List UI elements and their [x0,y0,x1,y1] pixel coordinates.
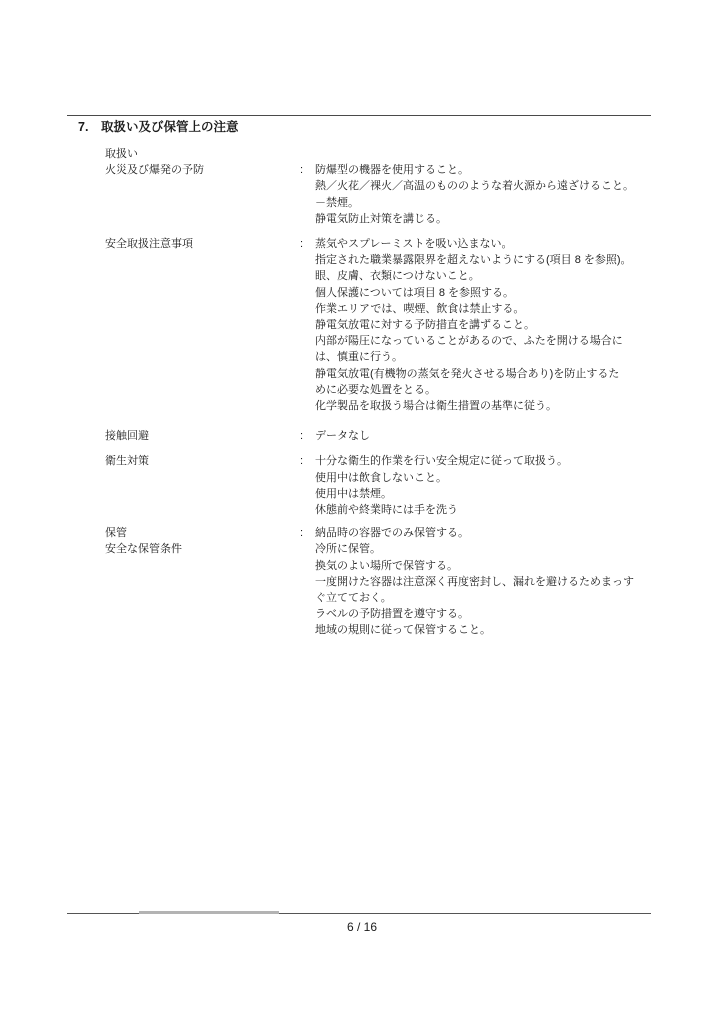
field-block: 取扱い火災及び爆発の予防:防爆型の機器を使用すること。熱／火花／裸火／高温のもの… [105,146,645,227]
row-colon [300,333,315,349]
row-value: 納品時の容器でのみ保管する。 [315,525,645,541]
row-label: 接触回避 [105,428,300,444]
row-value: めに必要な処置をとる。 [315,382,645,398]
field-row: 個人保護については項目 8 を参照する。 [105,285,645,301]
row-value: 換気のよい場所で保管する。 [315,558,645,574]
field-row: 地域の規則に従って保管すること。 [105,622,645,638]
row-colon [300,301,315,317]
row-colon [300,606,315,622]
row-value: 静電気放電に対する予防措直を講ずること。 [315,317,645,333]
row-value: 指定された職業暴露限界を超えないようにする(項目 8 を参照)。 [315,252,645,268]
row-label [105,317,300,333]
row-value: 使用中は飲食しないこと。 [315,470,645,486]
row-colon [300,574,315,590]
row-colon [300,317,315,333]
field-row: 内部が陽圧になっていることがあるので、ふたを開ける場合に [105,333,645,349]
field-row: 保管:納品時の容器でのみ保管する。 [105,525,645,541]
row-colon [300,622,315,638]
row-label [105,486,300,502]
row-label [105,366,300,382]
row-colon [300,470,315,486]
row-value: 熱／火花／裸火／高温のもののような着火源から遠ざけること。 [315,178,645,194]
row-label [105,622,300,638]
row-colon [300,211,315,227]
row-value: 蒸気やスプレーミストを吸い込まない。 [315,236,645,252]
row-value: 静電気放電(有機物の蒸気を発火させる場合あり)を防止するた [315,366,645,382]
row-colon [300,366,315,382]
field-row: 休態前や終業時には手を洗う [105,502,645,518]
row-label [105,398,300,414]
row-label [105,301,300,317]
row-colon [300,486,315,502]
field-row: 安全取扱注意事項:蒸気やスプレーミストを吸い込まない。 [105,236,645,252]
row-value: ぐ立てておく。 [315,590,645,606]
row-label [105,211,300,227]
row-label [105,349,300,365]
row-label [105,195,300,211]
section-title: 取扱い及び保管上の注意 [101,120,239,134]
section-number: 7. [78,119,101,135]
row-value: 冷所に保管。 [315,541,645,557]
row-label [105,252,300,268]
field-row: 換気のよい場所で保管する。 [105,558,645,574]
row-value: 防爆型の機器を使用すること。 [315,162,645,178]
row-colon [300,195,315,211]
row-colon [300,146,315,162]
row-value [315,146,645,162]
field-block: 保管:納品時の容器でのみ保管する。安全な保管条件冷所に保管。換気のよい場所で保管… [105,525,645,638]
row-value: 静電気防止対策を講じる。 [315,211,645,227]
row-value: 休態前や終業時には手を洗う [315,502,645,518]
footer-rule-shade [139,911,279,914]
row-label: 衛生対策 [105,453,300,469]
row-colon [300,398,315,414]
field-row: 使用中は飲食しないこと。 [105,470,645,486]
row-colon: : [300,428,315,444]
field-block: 衛生対策:十分な衛生的作業を行い安全規定に従って取扱う。使用中は飲食しないこと。… [105,453,645,518]
field-row: ラベルの予防措置を遵守する。 [105,606,645,622]
row-colon [300,178,315,194]
row-label [105,285,300,301]
footer-rule [67,913,651,914]
field-block: 接触回避:データなし [105,428,645,444]
field-row: 使用中は禁煙。 [105,486,645,502]
field-block: 安全取扱注意事項:蒸気やスプレーミストを吸い込まない。指定された職業暴露限界を超… [105,236,645,414]
header-rule [67,115,651,116]
row-value: データなし [315,428,645,444]
field-row: －禁煙。 [105,195,645,211]
row-colon: : [300,525,315,541]
row-colon [300,349,315,365]
field-row: 火災及び爆発の予防:防爆型の機器を使用すること。 [105,162,645,178]
row-colon [300,502,315,518]
row-colon [300,558,315,574]
row-value: 一度開けた容器は注意深く再度密封し、漏れを避けるためまっす [315,574,645,590]
row-label [105,333,300,349]
row-label [105,178,300,194]
field-row: 衛生対策:十分な衛生的作業を行い安全規定に従って取扱う。 [105,453,645,469]
field-row: 静電気放電(有機物の蒸気を発火させる場合あり)を防止するた [105,366,645,382]
row-label: 保管 [105,525,300,541]
field-row: 眼、皮膚、衣類につけないこと。 [105,268,645,284]
row-label [105,606,300,622]
row-label [105,502,300,518]
row-colon: : [300,453,315,469]
row-value: 内部が陽圧になっていることがあるので、ふたを開ける場合に [315,333,645,349]
field-row: は、慎重に行う。 [105,349,645,365]
row-label [105,382,300,398]
row-label: 火災及び爆発の予防 [105,162,300,178]
row-label: 安全な保管条件 [105,541,300,557]
row-value: 使用中は禁煙。 [315,486,645,502]
row-value: 十分な衛生的作業を行い安全規定に従って取扱う。 [315,453,645,469]
row-value: ラベルの予防措置を遵守する。 [315,606,645,622]
document-page: 7.取扱い及び保管上の注意 取扱い火災及び爆発の予防:防爆型の機器を使用すること… [0,0,724,1024]
field-row: 取扱い [105,146,645,162]
row-colon [300,590,315,606]
field-row: 一度開けた容器は注意深く再度密封し、漏れを避けるためまっす [105,574,645,590]
row-value: 化学製品を取扱う場合は衛生措置の基準に従う。 [315,398,645,414]
row-colon [300,252,315,268]
field-row: 作業エリアでは、喫煙、飲食は禁止する。 [105,301,645,317]
row-colon: : [300,236,315,252]
row-value: 個人保護については項目 8 を参照する。 [315,285,645,301]
field-row: 化学製品を取扱う場合は衛生措置の基準に従う。 [105,398,645,414]
row-label: 取扱い [105,146,300,162]
row-colon [300,541,315,557]
field-row: 静電気放電に対する予防措直を講ずること。 [105,317,645,333]
row-colon [300,268,315,284]
row-value: －禁煙。 [315,195,645,211]
field-row: 静電気防止対策を講じる。 [105,211,645,227]
section-heading: 7.取扱い及び保管上の注意 [78,119,239,135]
field-row: 熱／火花／裸火／高温のもののような着火源から遠ざけること。 [105,178,645,194]
row-label [105,558,300,574]
field-row: 接触回避:データなし [105,428,645,444]
section-content: 取扱い火災及び爆発の予防:防爆型の機器を使用すること。熱／火花／裸火／高温のもの… [105,146,645,639]
row-colon: : [300,162,315,178]
row-value: 作業エリアでは、喫煙、飲食は禁止する。 [315,301,645,317]
row-label [105,574,300,590]
row-label: 安全取扱注意事項 [105,236,300,252]
field-row: めに必要な処置をとる。 [105,382,645,398]
row-colon [300,285,315,301]
row-label [105,268,300,284]
row-value: 地域の規則に従って保管すること。 [315,622,645,638]
field-row: 指定された職業暴露限界を超えないようにする(項目 8 を参照)。 [105,252,645,268]
row-value: 眼、皮膚、衣類につけないこと。 [315,268,645,284]
row-colon [300,382,315,398]
field-row: 安全な保管条件冷所に保管。 [105,541,645,557]
row-label [105,590,300,606]
page-number: 6 / 16 [0,920,724,934]
field-row: ぐ立てておく。 [105,590,645,606]
row-value: は、慎重に行う。 [315,349,645,365]
row-label [105,470,300,486]
